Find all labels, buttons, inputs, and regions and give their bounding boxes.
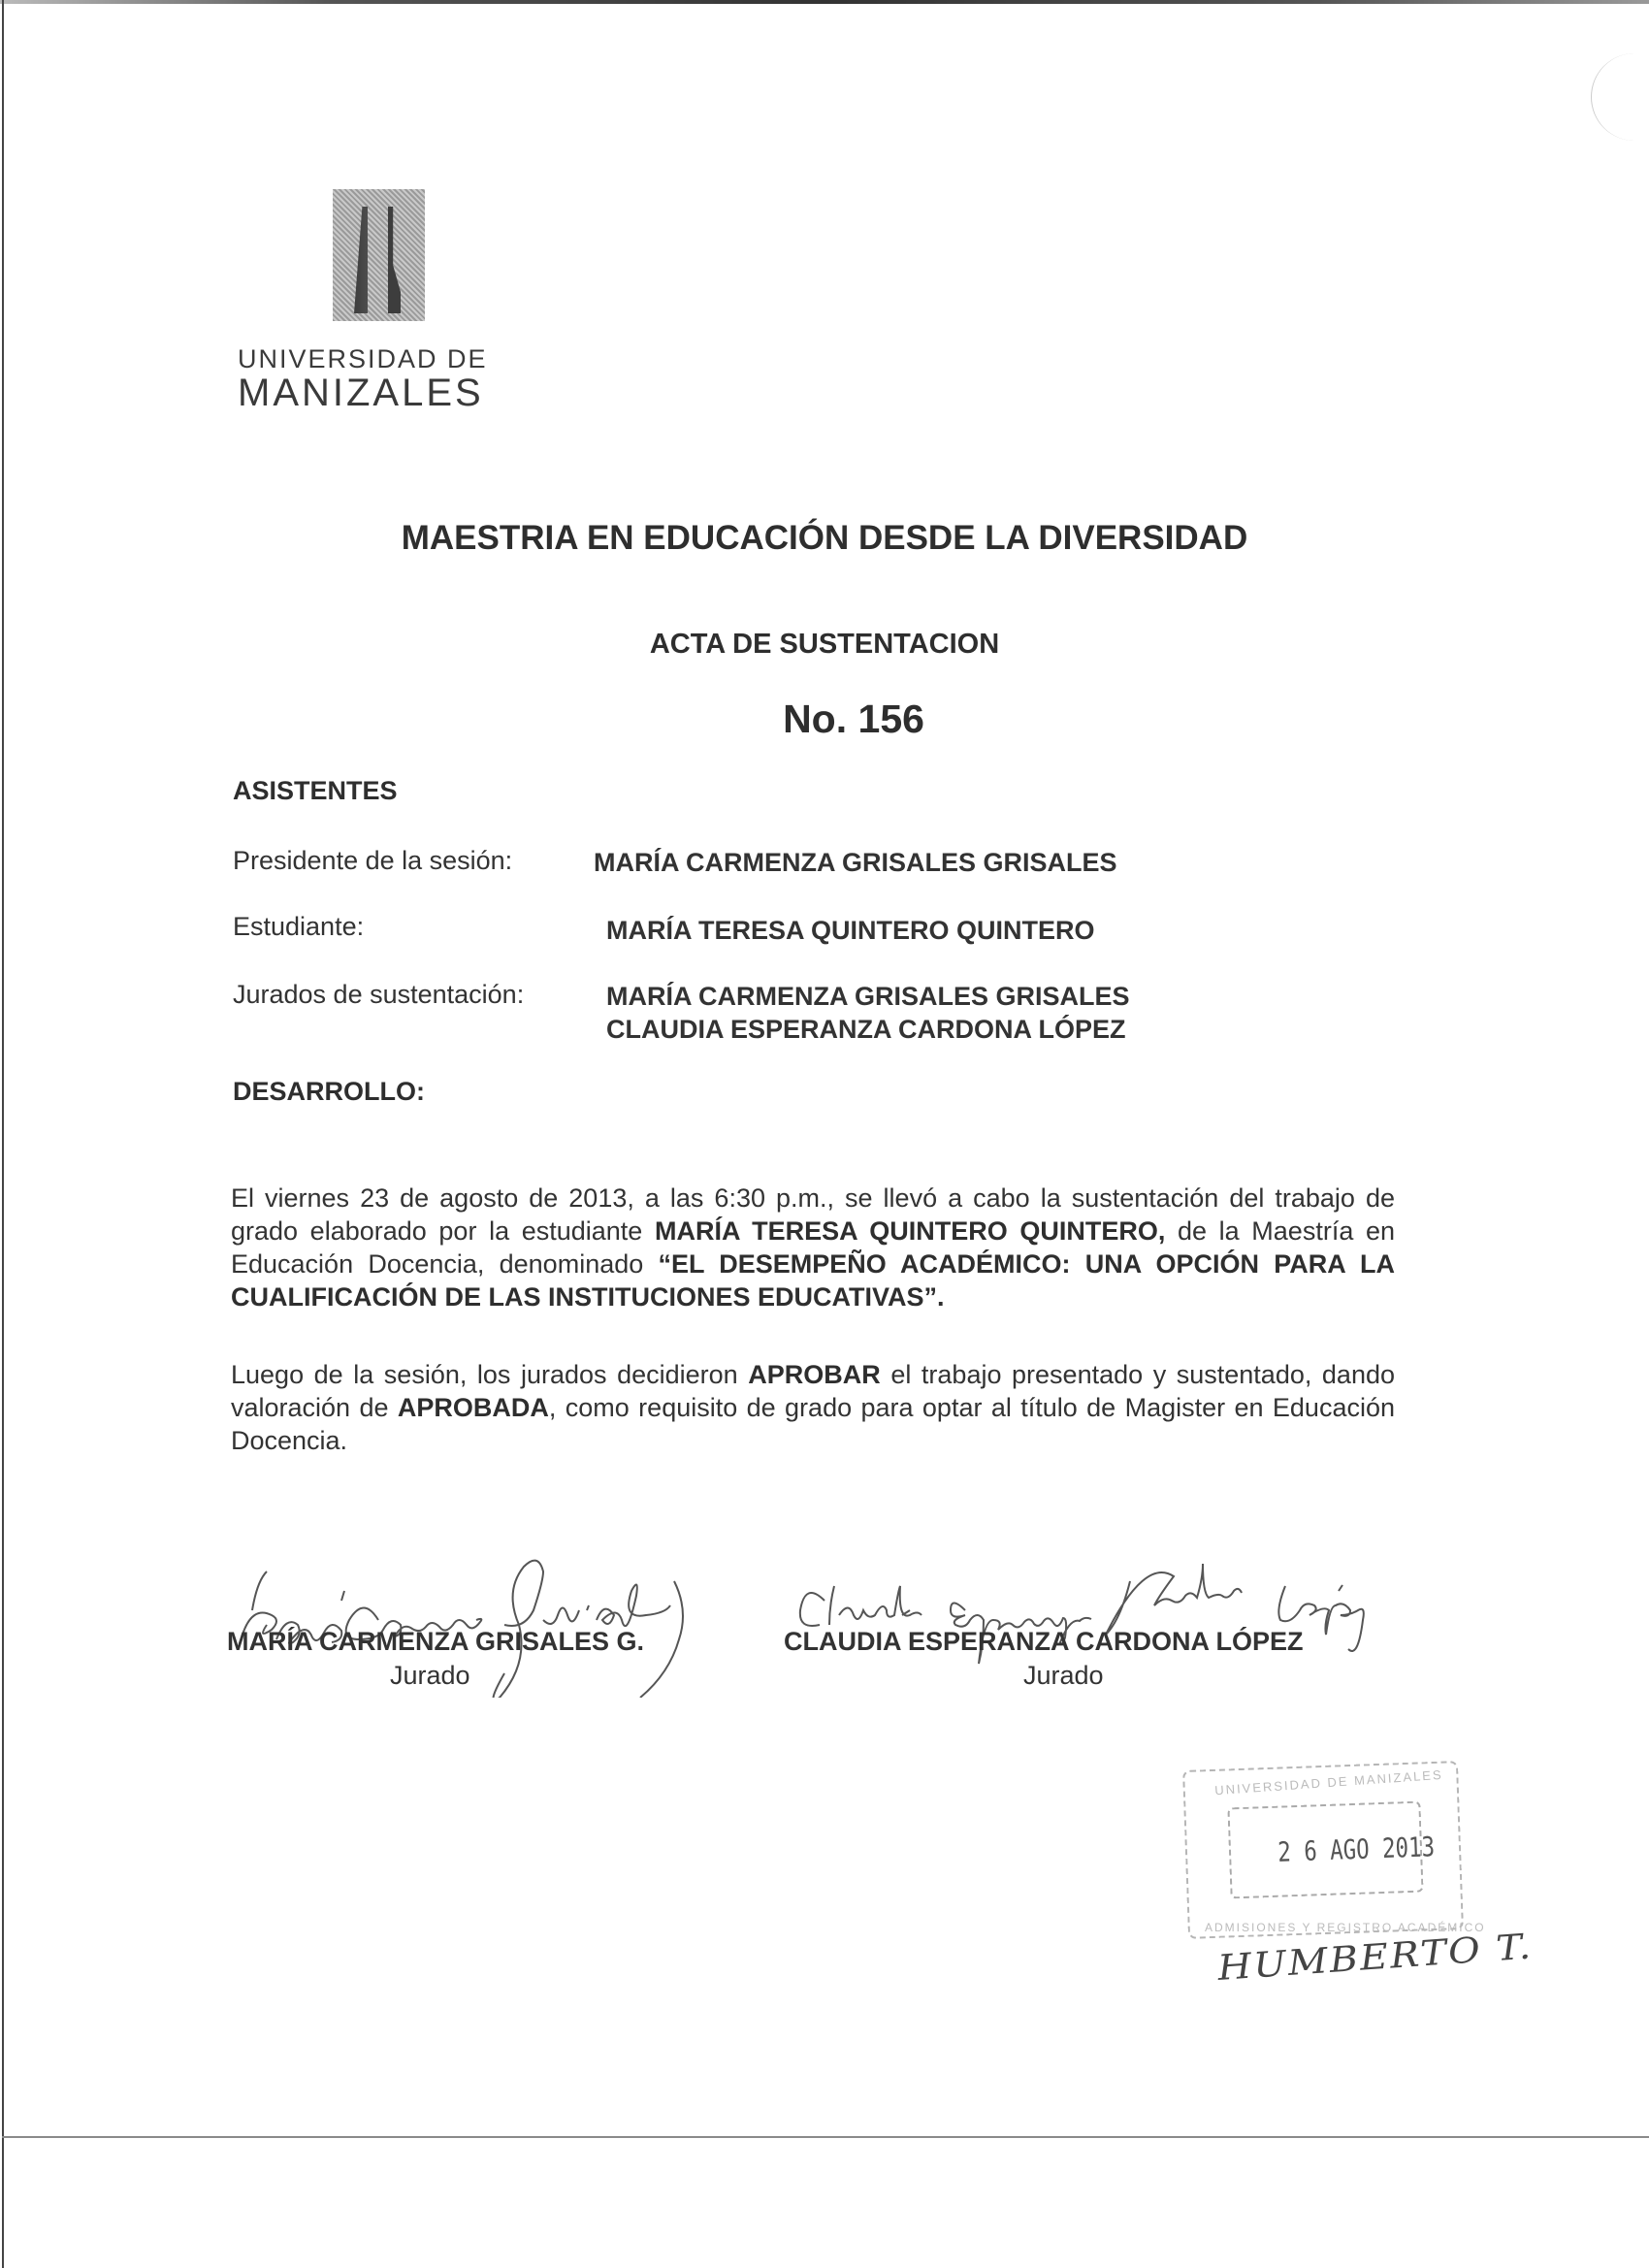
jurors-label: Jurados de sustentación:	[233, 980, 524, 1010]
president-value: MARÍA CARMENZA GRISALES GRISALES	[594, 848, 1117, 878]
juror-2-value: CLAUDIA ESPERANZA CARDONA LÓPEZ	[606, 1015, 1126, 1045]
scanned-document-page: UNIVERSIDAD DE MANIZALES MAESTRIA EN EDU…	[0, 0, 1649, 2268]
signature-2-role: Jurado	[1023, 1661, 1104, 1691]
logo-text-line2: MANIZALES	[238, 372, 484, 415]
document-title: ACTA DE SUSTENTACION	[136, 629, 1513, 661]
signature-1-role: Jurado	[390, 1661, 470, 1691]
development-paragraph-2: Luego de la sesión, los jurados decidier…	[231, 1358, 1395, 1457]
desarrollo-heading: DESARROLLO:	[233, 1077, 425, 1107]
student-label: Estudiante:	[233, 912, 364, 942]
signature-2-name: CLAUDIA ESPERANZA CARDONA LÓPEZ	[784, 1627, 1304, 1657]
p1-student-name: MARÍA TERESA QUINTERO QUINTERO,	[655, 1216, 1165, 1246]
development-paragraph-1: El viernes 23 de agosto de 2013, a las 6…	[231, 1182, 1395, 1313]
asistentes-heading: ASISTENTES	[233, 776, 398, 806]
scan-artifact-arc	[1591, 53, 1649, 141]
university-logo-icon	[333, 189, 425, 321]
p2-decision: APROBAR	[748, 1360, 881, 1389]
reception-stamp: UNIVERSIDAD DE MANIZALES 2 6 AGO 2013 AD…	[1185, 1746, 1467, 1935]
president-label: Presidente de la sesión:	[233, 846, 512, 876]
signature-maria-carmenza	[223, 1552, 824, 1698]
student-value: MARÍA TERESA QUINTERO QUINTERO	[606, 916, 1095, 946]
juror-1-value: MARÍA CARMENZA GRISALES GRISALES	[606, 982, 1130, 1012]
scan-edge-left	[2, 0, 4, 2268]
document-number: No. 156	[165, 697, 1542, 742]
scan-edge-top	[0, 0, 1649, 4]
stamp-date: 2 6 AGO 2013	[1277, 1831, 1436, 1868]
p2-part1: Luego de la sesión, los jurados decidier…	[231, 1360, 748, 1389]
signature-claudia-esperanza	[757, 1562, 1455, 1678]
program-title: MAESTRIA EN EDUCACIÓN DESDE LA DIVERSIDA…	[87, 519, 1562, 558]
p2-grade: APROBADA	[398, 1393, 549, 1422]
signature-1-name: MARÍA CARMENZA GRISALES G.	[227, 1627, 644, 1657]
logo-text-line1: UNIVERSIDAD DE	[238, 344, 488, 374]
scan-edge-bottom-fold	[2, 2136, 1649, 2138]
